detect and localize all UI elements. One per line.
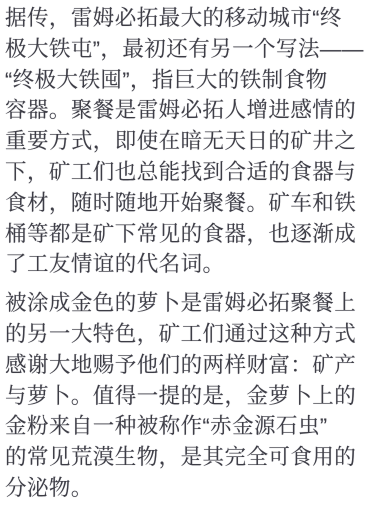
- text-line-13: 与萝卜。值得一提的是，金萝卜上的: [5, 381, 366, 412]
- text-line-9: 了工友情谊的代名词。: [5, 249, 366, 280]
- text-line-15: 的常见荒漠生物，是其完全可食用的: [5, 442, 366, 473]
- text-line-6: 下，矿工们也总能找到合适的食器与: [5, 157, 366, 188]
- text-line-2: 极大铁屯”，最初还有另一个写法——: [5, 34, 366, 65]
- text-line-7: 食材，随时随地开始聚餐。矿车和铁: [5, 188, 366, 219]
- text-line-5: 重要方式，即使在暗无天日的矿井之: [5, 126, 366, 157]
- text-line-8: 桶等都是矿下常见的食器，也逐渐成: [5, 219, 366, 250]
- text-line-3: “终极大铁囤”，指巨大的铁制食物: [5, 65, 366, 96]
- text-line-11: 的另一大特色，矿工们通过这种方式: [5, 319, 366, 350]
- lore-text-page: 据传，雷姆必拓最大的移动城市“终 极大铁屯”，最初还有另一个写法—— “终极大铁…: [0, 0, 366, 523]
- paragraph-1: 据传，雷姆必拓最大的移动城市“终 极大铁屯”，最初还有另一个写法—— “终极大铁…: [5, 3, 366, 280]
- text-line-1: 据传，雷姆必拓最大的移动城市“终: [5, 3, 366, 34]
- text-line-12: 感谢大地赐予他们的两样财富：矿产: [5, 350, 366, 381]
- text-line-10: 被涂成金色的萝卜是雷姆必拓聚餐上: [5, 288, 366, 319]
- text-line-4: 容器。聚餐是雷姆必拓人增进感情的: [5, 95, 366, 126]
- text-line-16: 分泌物。: [5, 473, 366, 504]
- text-line-14: 金粉来自一种被称作“赤金源石虫”: [5, 411, 366, 442]
- paragraph-2: 被涂成金色的萝卜是雷姆必拓聚餐上 的另一大特色，矿工们通过这种方式 感谢大地赐予…: [5, 288, 366, 504]
